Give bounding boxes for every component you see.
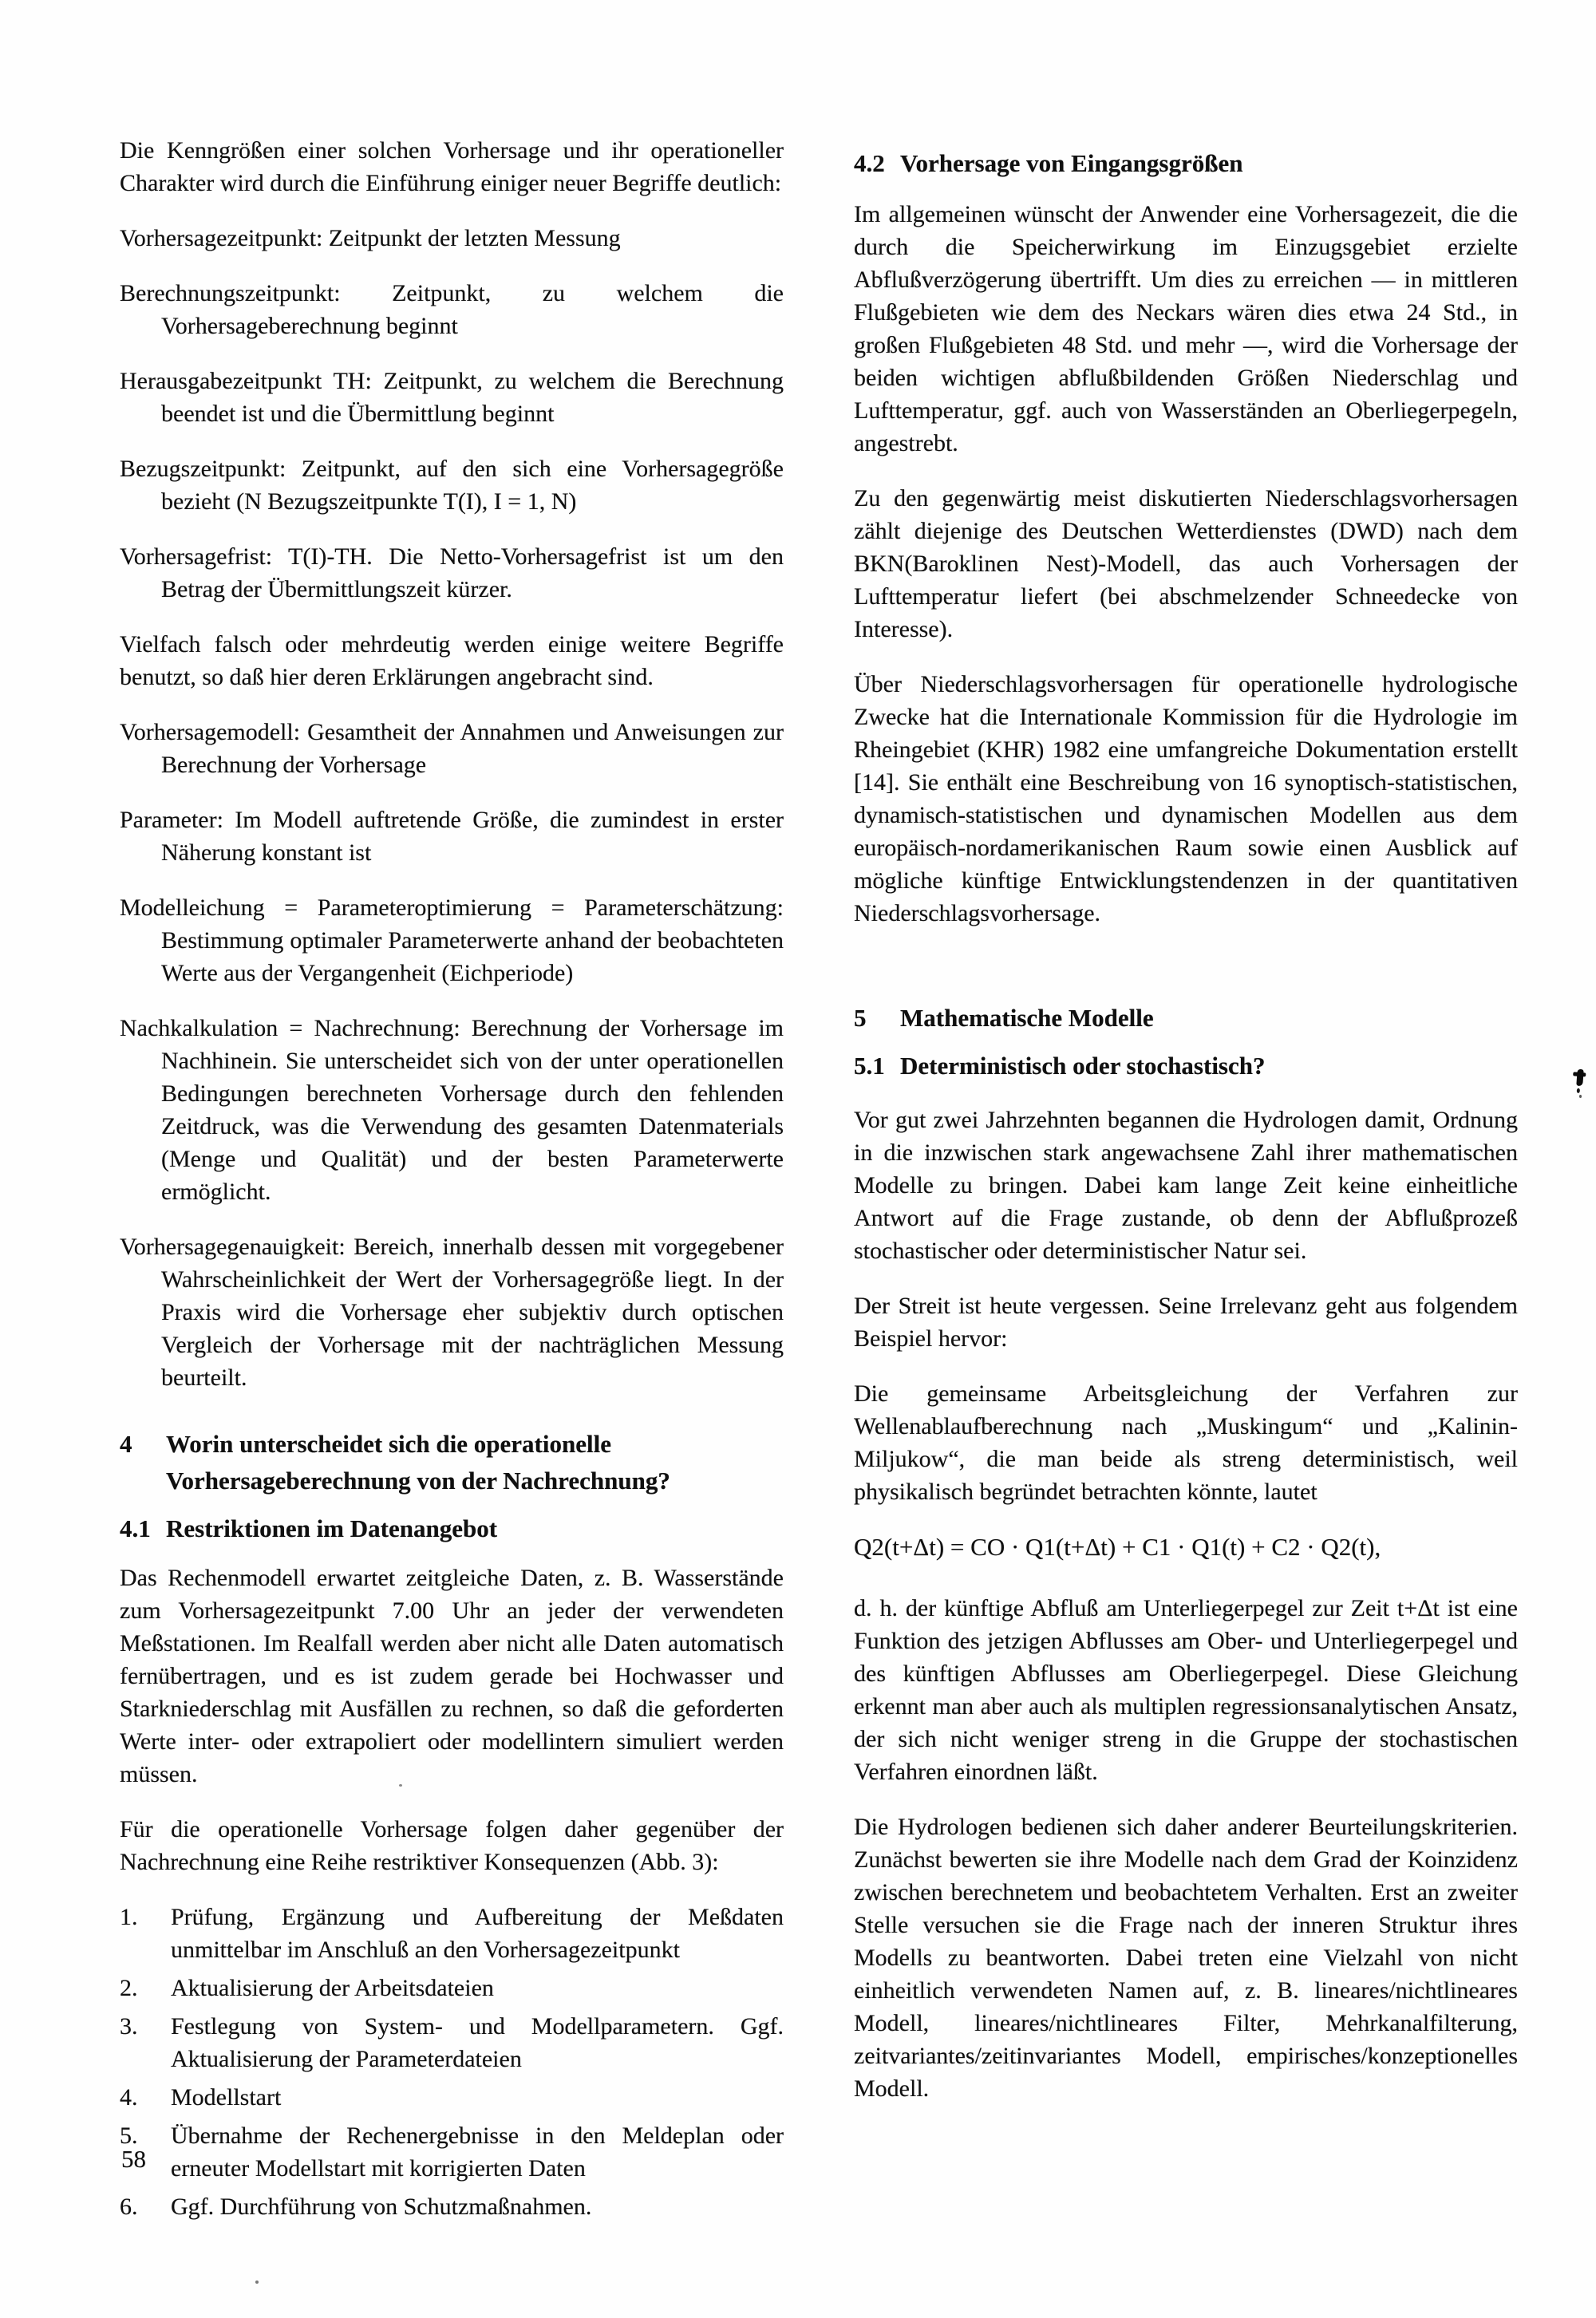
section-number: 5 xyxy=(854,1000,900,1037)
list-item: 2.Aktualisierung der Arbeitsdateien xyxy=(120,1972,784,2004)
list-item-text: Prüfung, Ergänzung und Aufbereitung der … xyxy=(171,1904,784,1963)
subsection-number: 5.1 xyxy=(854,1048,900,1084)
definition-term: Berechnungszeitpunkt: Zeitpunkt, zu welc… xyxy=(120,277,784,342)
paragraph: Zu den gegenwärtig meist diskutierten Ni… xyxy=(854,482,1518,646)
definition-term: Bezugszeitpunkt: Zeitpunkt, auf den sich… xyxy=(120,452,784,518)
definition-term: Modelleichung = Parameteroptimierung = P… xyxy=(120,891,784,989)
paragraph: d. h. der künftige Abfluß am Unterlieger… xyxy=(854,1592,1518,1788)
list-item-number: 2. xyxy=(120,1972,171,2004)
definition-term: Vorhersagezeitpunkt: Zeitpunkt der letzt… xyxy=(120,222,784,255)
paragraph: Vor gut zwei Jahrzehnten begannen die Hy… xyxy=(854,1104,1518,1267)
subsection-heading: 5.1Deterministisch oder stochastisch? xyxy=(854,1048,1518,1084)
list-item-number: 3. xyxy=(120,2010,171,2043)
list-item-text: Modellstart xyxy=(171,2084,281,2111)
subsection-number: 4.2 xyxy=(854,145,900,182)
list-item-text: Aktualisierung der Arbeitsdateien xyxy=(171,1975,494,2001)
list-item: 5.Übernahme der Rechenergebnisse in den … xyxy=(120,2119,784,2185)
paragraph: Die gemeinsame Arbeitsgleichung der Verf… xyxy=(854,1377,1518,1508)
paragraph: Das Rechenmodell erwartet zeitgleiche Da… xyxy=(120,1562,784,1791)
subsection-title: Restriktionen im Datenangebot xyxy=(166,1514,497,1542)
paragraph: Im allgemeinen wünscht der Anwender eine… xyxy=(854,198,1518,460)
list-item: 4.Modellstart xyxy=(120,2081,784,2114)
scanned-page: Die Kenngrößen einer solchen Vorhersage … xyxy=(0,0,1596,2318)
list-item: 6.Ggf. Durchführung von Schutzmaßnahmen. xyxy=(120,2190,784,2223)
left-column: Die Kenngrößen einer solchen Vorhersage … xyxy=(120,134,784,2229)
list-item-text: Ggf. Durchführung von Schutzmaßnahmen. xyxy=(171,2194,591,2220)
section-heading: 4Worin unterscheidet sich die operatione… xyxy=(120,1426,784,1499)
section-heading: 5Mathematische Modelle xyxy=(854,1000,1518,1037)
list-item-number: 1. xyxy=(120,1901,171,1933)
paragraph: Die Hydrologen bedienen sich daher ander… xyxy=(854,1811,1518,2105)
speck-artifact xyxy=(255,2280,259,2284)
subsection-heading: 4.2Vorhersage von Eingangsgrößen xyxy=(854,145,1518,182)
paragraph: Der Streit ist heute vergessen. Seine Ir… xyxy=(854,1289,1518,1355)
definition-term: Nachkalkulation = Nachrechnung: Berechnu… xyxy=(120,1012,784,1208)
list-item-text: Festlegung von System- und Modellparamet… xyxy=(171,2013,784,2072)
speck-artifact xyxy=(399,1784,402,1787)
list-item-text: Übernahme der Rechenergebnisse in den Me… xyxy=(171,2123,784,2182)
definition-term: Vorhersagemodell: Gesamtheit der Annahme… xyxy=(120,716,784,781)
right-column: 4.2Vorhersage von Eingangsgrößen Im allg… xyxy=(854,145,1518,2127)
subsection-title: Vorhersage von Eingangsgrößen xyxy=(900,149,1242,177)
list-item: 3.Festlegung von System- und Modellparam… xyxy=(120,2010,784,2075)
ink-blot-artifact xyxy=(1576,1069,1583,1087)
equation: Q2(t+Δt) = CO · Q1(t+Δt) + C1 · Q1(t) + … xyxy=(854,1530,1518,1563)
page-number: 58 xyxy=(121,2145,146,2174)
paragraph: Die Kenngrößen einer solchen Vorhersage … xyxy=(120,134,784,199)
paragraph: Über Niederschlagsvorhersagen für operat… xyxy=(854,668,1518,930)
definition-term: Herausgabezeitpunkt TH: Zeitpunkt, zu we… xyxy=(120,365,784,430)
section-title: Mathematische Modelle xyxy=(900,1004,1154,1032)
speck-artifact xyxy=(1579,1095,1582,1098)
section-number: 4 xyxy=(120,1426,166,1463)
definition-term: Vorhersagefrist: T(I)-TH. Die Netto-Vorh… xyxy=(120,540,784,606)
list-item-number: 4. xyxy=(120,2081,171,2114)
subsection-heading: 4.1Restriktionen im Datenangebot xyxy=(120,1510,784,1547)
section-title: Worin unterscheidet sich die operationel… xyxy=(166,1430,670,1495)
subsection-number: 4.1 xyxy=(120,1510,166,1547)
definition-term: Parameter: Im Modell auftretende Größe, … xyxy=(120,804,784,869)
list-item-number: 6. xyxy=(120,2190,171,2223)
list-item: 1.Prüfung, Ergänzung und Aufbereitung de… xyxy=(120,1901,784,1966)
paragraph: Für die operationelle Vorhersage folgen … xyxy=(120,1813,784,1878)
paragraph: Vielfach falsch oder mehrdeutig werden e… xyxy=(120,628,784,693)
definition-term: Vorhersagegenauigkeit: Bereich, innerhal… xyxy=(120,1230,784,1394)
subsection-title: Deterministisch oder stochastisch? xyxy=(900,1052,1266,1080)
